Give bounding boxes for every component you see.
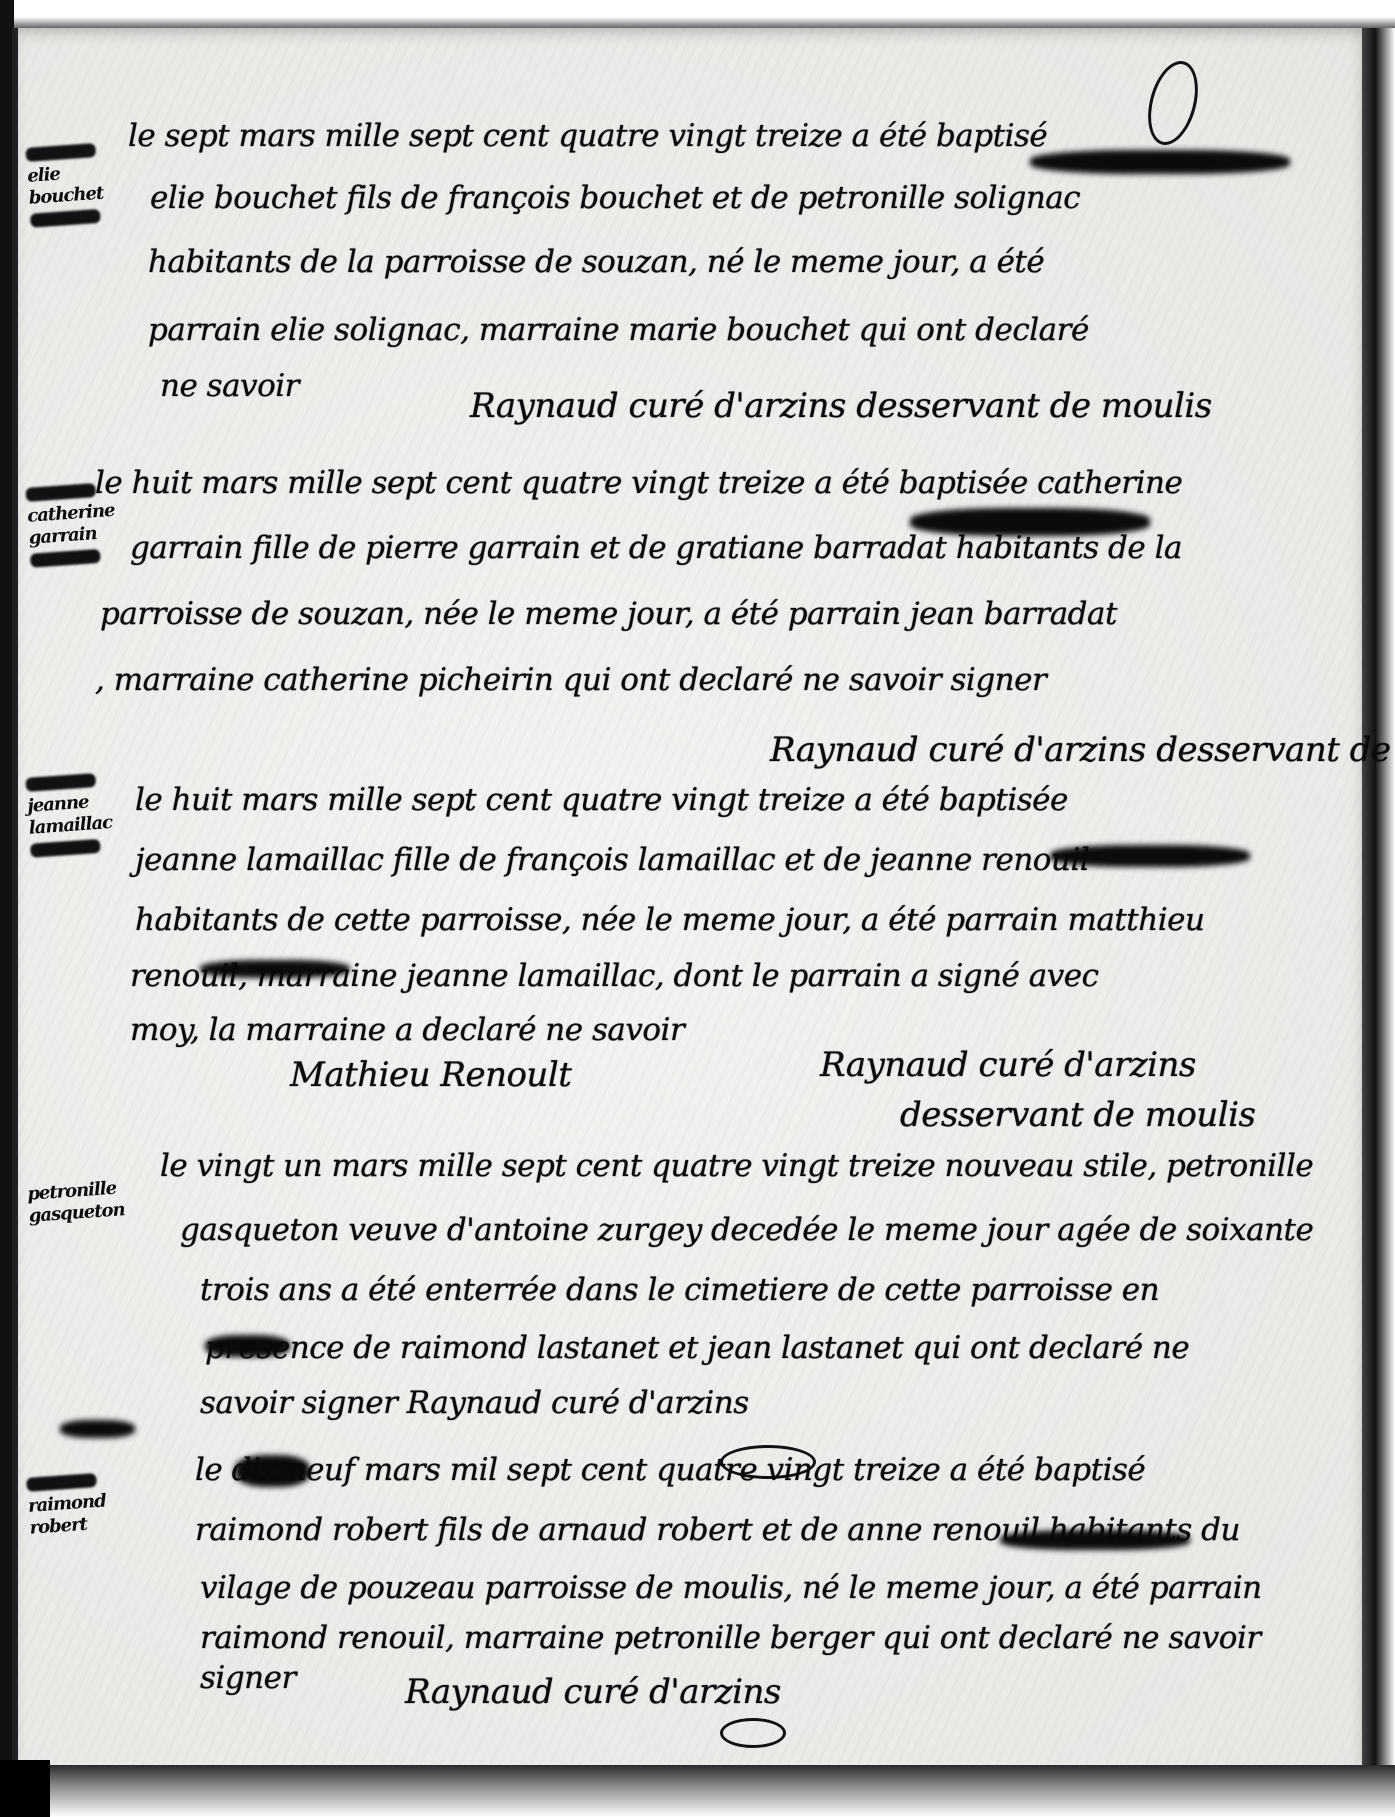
entry-2-line-3: parroisse de souzan, née le meme jour, a… bbox=[100, 596, 1117, 632]
entry-3-line-5: moy, la marraine a declaré ne savoir bbox=[130, 1012, 684, 1048]
entry-2-line-1: le huit mars mille sept cent quatre ving… bbox=[95, 465, 1182, 501]
margin-note-entry-1: elie bouchet bbox=[25, 136, 141, 231]
entry-1-line-2: elie bouchet fils de françois bouchet et… bbox=[150, 180, 1080, 216]
entry-5-line-4: raimond renouil, marraine petronille ber… bbox=[200, 1620, 1261, 1656]
entry-5-line-5: signer bbox=[200, 1660, 296, 1696]
entry-2-signature: Raynaud curé d'arzins desservant de moul… bbox=[770, 730, 1395, 770]
flourish-mark bbox=[720, 1718, 786, 1748]
scan-corner bbox=[0, 1760, 50, 1817]
entry-3-signature: Raynaud curé d'arzins bbox=[820, 1045, 1196, 1085]
entry-5-line-2: raimond robert fils de arnaud robert et … bbox=[195, 1512, 1240, 1548]
entry-4-line-3: trois ans a été enterrée dans le cimetie… bbox=[200, 1272, 1159, 1308]
entry-2-line-4: , marraine catherine picheirin qui ont d… bbox=[95, 662, 1046, 698]
entry-4-line-5: savoir signer Raynaud curé d'arzins bbox=[200, 1385, 749, 1421]
entry-5-line-1: le dix neuf mars mil sept cent quatre vi… bbox=[195, 1452, 1145, 1488]
strike-out-ink bbox=[1030, 150, 1290, 174]
entry-3-signature-title: desservant de moulis bbox=[900, 1095, 1256, 1135]
entry-1-line-3: habitants de la parroisse de souzan, né … bbox=[148, 244, 1044, 280]
entry-3-line-2: jeanne lamaillac fille de françois lamai… bbox=[135, 842, 1089, 878]
entry-5-signature: Raynaud curé d'arzins bbox=[405, 1672, 781, 1712]
entry-1-signature: Raynaud curé d'arzins desservant de moul… bbox=[470, 386, 1212, 426]
entry-4-line-1: le vingt un mars mille sept cent quatre … bbox=[160, 1148, 1313, 1184]
margin-note-entry-5: raimond robert bbox=[26, 1466, 140, 1540]
entry-3-line-1: le huit mars mille sept cent quatre ving… bbox=[135, 782, 1068, 818]
scan-bottom-edge bbox=[0, 1765, 1395, 1817]
margin-note-entry-3: jeanne lamaillac bbox=[25, 766, 141, 861]
entry-1-line-5: ne savoir bbox=[160, 368, 299, 404]
ink-blot bbox=[60, 1420, 135, 1438]
scan-right-edge bbox=[1362, 28, 1395, 1798]
entry-5-line-3: vilage de pouzeau parroisse de moulis, n… bbox=[200, 1570, 1262, 1606]
entry-3-godfather-signature: Mathieu Renoult bbox=[290, 1055, 571, 1095]
margin-rule bbox=[12, 28, 18, 1798]
entry-1-line-1: le sept mars mille sept cent quatre ving… bbox=[128, 118, 1047, 154]
entry-4-line-2: gasqueton veuve d'antoine zurgey decedée… bbox=[180, 1212, 1313, 1248]
entry-3-line-4: renouil, marraine jeanne lamaillac, dont… bbox=[130, 958, 1098, 994]
entry-2-line-2: garrain fille de pierre garrain et de gr… bbox=[130, 530, 1182, 566]
entry-3-line-3: habitants de cette parroisse, née le mem… bbox=[135, 902, 1204, 938]
entry-1-line-4: parrain elie solignac, marraine marie bo… bbox=[148, 312, 1089, 348]
entry-4-line-4: presence de raimond lastanet et jean las… bbox=[205, 1330, 1189, 1366]
margin-note-entry-4: petronille gasqueton bbox=[27, 1176, 140, 1228]
